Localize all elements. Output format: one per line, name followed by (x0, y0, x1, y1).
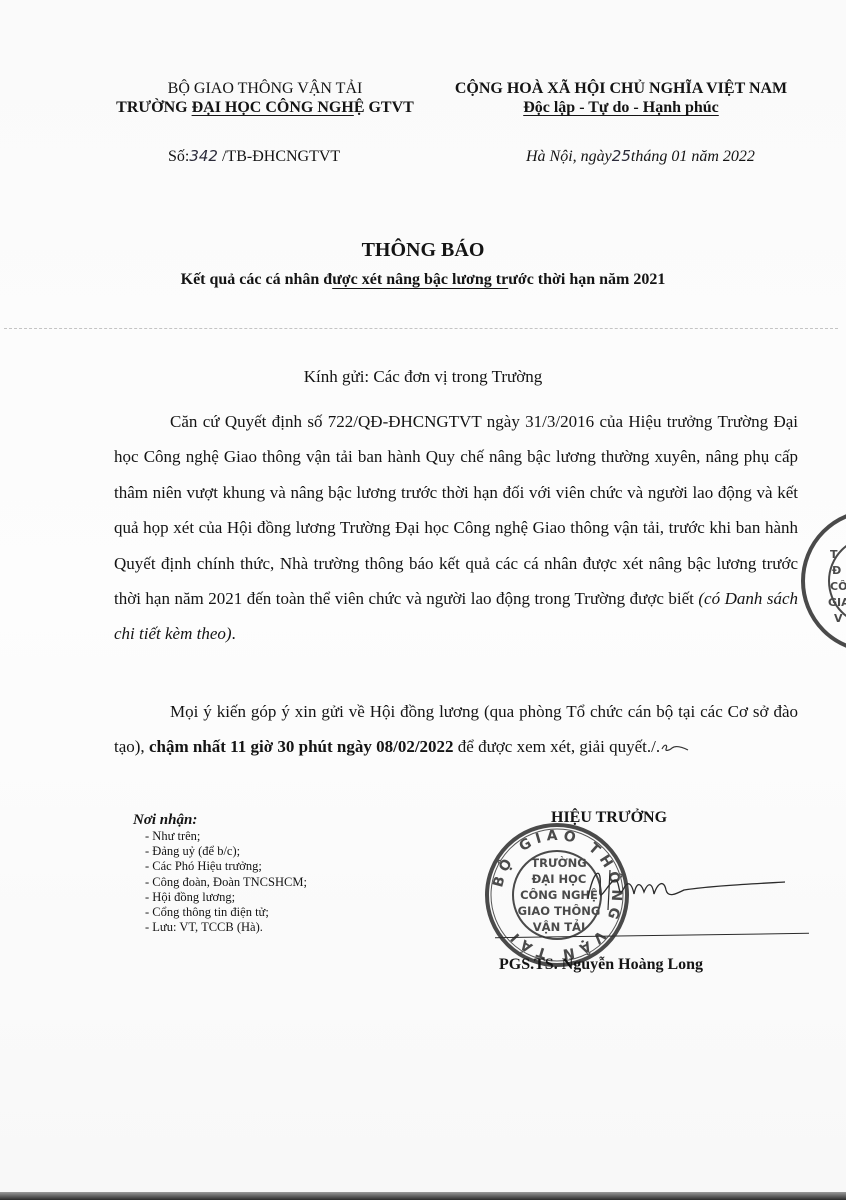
body-paragraph-1: Căn cứ Quyết định số 722/QĐ-ĐHCNGTVT ngà… (114, 404, 798, 652)
subtitle-underlined: ược xét nâng bậc lương tr (332, 271, 508, 288)
school-name-prefix: TRƯỜNG (116, 99, 191, 116)
document-number-handwritten: 342 (189, 147, 218, 165)
svg-text:VẬN TẢI: VẬN TẢI (533, 918, 585, 934)
recipient-item: - Cổng thông tin điện tử; (133, 905, 307, 920)
svg-text:GIA: GIA (828, 596, 846, 609)
national-title: CỘNG HOÀ XÃ HỘI CHỦ NGHĨA VIỆT NAM (436, 80, 806, 98)
scan-bottom-edge (0, 1192, 846, 1200)
school-name: TRƯỜNG ĐẠI HỌC CÔNG NGHỆ GTVT (100, 99, 430, 117)
date-day-handwritten: 25 (612, 147, 631, 165)
scan-fold-line (4, 328, 838, 329)
recipient-item: - Lưu: VT, TCCB (Hà). (133, 920, 307, 935)
document-title: THÔNG BÁO (0, 239, 846, 262)
document-number-suffix: /TB-ĐHCNGTVT (218, 148, 340, 165)
document-subtitle: Kết quả các cá nhân được xét nâng bậc lư… (0, 271, 846, 289)
document-page: BỘ GIAO THÔNG VẬN TẢI TRƯỜNG ĐẠI HỌC CÔN… (0, 0, 846, 1200)
recipient-item: - Đảng uỷ (để b/c); (133, 844, 307, 859)
date-prefix: Hà Nội, ngày (526, 148, 612, 165)
recipients-heading: Nơi nhận: (133, 812, 307, 829)
svg-text:V: V (834, 612, 843, 625)
paragraph-1-end: . (232, 624, 236, 643)
edge-stamp-icon: T Đ CÔ GIA V (800, 508, 846, 654)
ministry-name: BỘ GIAO THÔNG VẬN TẢI (112, 80, 418, 98)
salutation: Kính gửi: Các đơn vị trong Trường (0, 367, 846, 387)
svg-text:TRƯỜNG: TRƯỜNG (531, 855, 586, 870)
svg-text:T: T (830, 548, 838, 561)
signer-title: HIỆU TRƯỞNG (551, 809, 667, 827)
deadline-text: chậm nhất 11 giờ 30 phút ngày 08/02/2022 (149, 737, 454, 756)
official-stamp-icon: BỘ GIAO THÔNG VẬN TẢI TRƯỜNG ĐẠI HỌC CÔN… (484, 822, 630, 968)
recipient-item: - Như trên; (133, 829, 307, 844)
subtitle-prefix: Kết quả các cá nhân đ (181, 271, 333, 288)
initial-mark-icon (660, 741, 690, 753)
school-name-underlined: ĐẠI HỌC CÔNG NGH (192, 99, 354, 116)
body-paragraph-2: Mọi ý kiến góp ý xin gửi về Hội đồng lươ… (114, 694, 798, 765)
subtitle-suffix: ước thời hạn năm 2021 (508, 271, 665, 288)
recipient-item: - Hội đồng lương; (133, 890, 307, 905)
national-motto: Độc lập - Tự do - Hạnh phúc (436, 99, 806, 117)
svg-text:BỘ GIAO THÔNG VẬN TẢI: BỘ GIAO THÔNG VẬN TẢI (490, 828, 626, 963)
svg-text:GIAO THÔNG: GIAO THÔNG (518, 903, 601, 918)
place-date: Hà Nội, ngày25tháng 01 năm 2022 (526, 147, 755, 166)
paragraph-2-end: để được xem xét, giải quyết./. (454, 737, 661, 756)
signer-name: PGS.TS. Nguyễn Hoàng Long (499, 956, 703, 974)
recipients-list: Nơi nhận: - Như trên; - Đảng uỷ (để b/c)… (133, 812, 307, 935)
svg-text:Đ: Đ (832, 564, 841, 577)
recipient-item: - Các Phó Hiệu trưởng; (133, 859, 307, 874)
national-motto-text: Độc lập - Tự do - Hạnh phúc (523, 99, 719, 116)
document-number-prefix: Số: (168, 148, 189, 165)
date-suffix: tháng 01 năm 2022 (631, 148, 755, 165)
svg-text:ĐẠI HỌC: ĐẠI HỌC (532, 872, 587, 886)
paragraph-1-text: Căn cứ Quyết định số 722/QĐ-ĐHCNGTVT ngà… (114, 412, 798, 608)
svg-text:CÔ: CÔ (830, 580, 846, 593)
signature-underline (495, 933, 809, 938)
recipient-item: - Công đoàn, Đoàn TNCSHCM; (133, 875, 307, 890)
svg-text:CÔNG NGHỆ: CÔNG NGHỆ (520, 887, 598, 902)
document-number: Số:342 /TB-ĐHCNGTVT (168, 147, 340, 166)
school-name-suffix: Ệ GTVT (354, 99, 414, 116)
handwritten-signature-icon (580, 858, 790, 918)
